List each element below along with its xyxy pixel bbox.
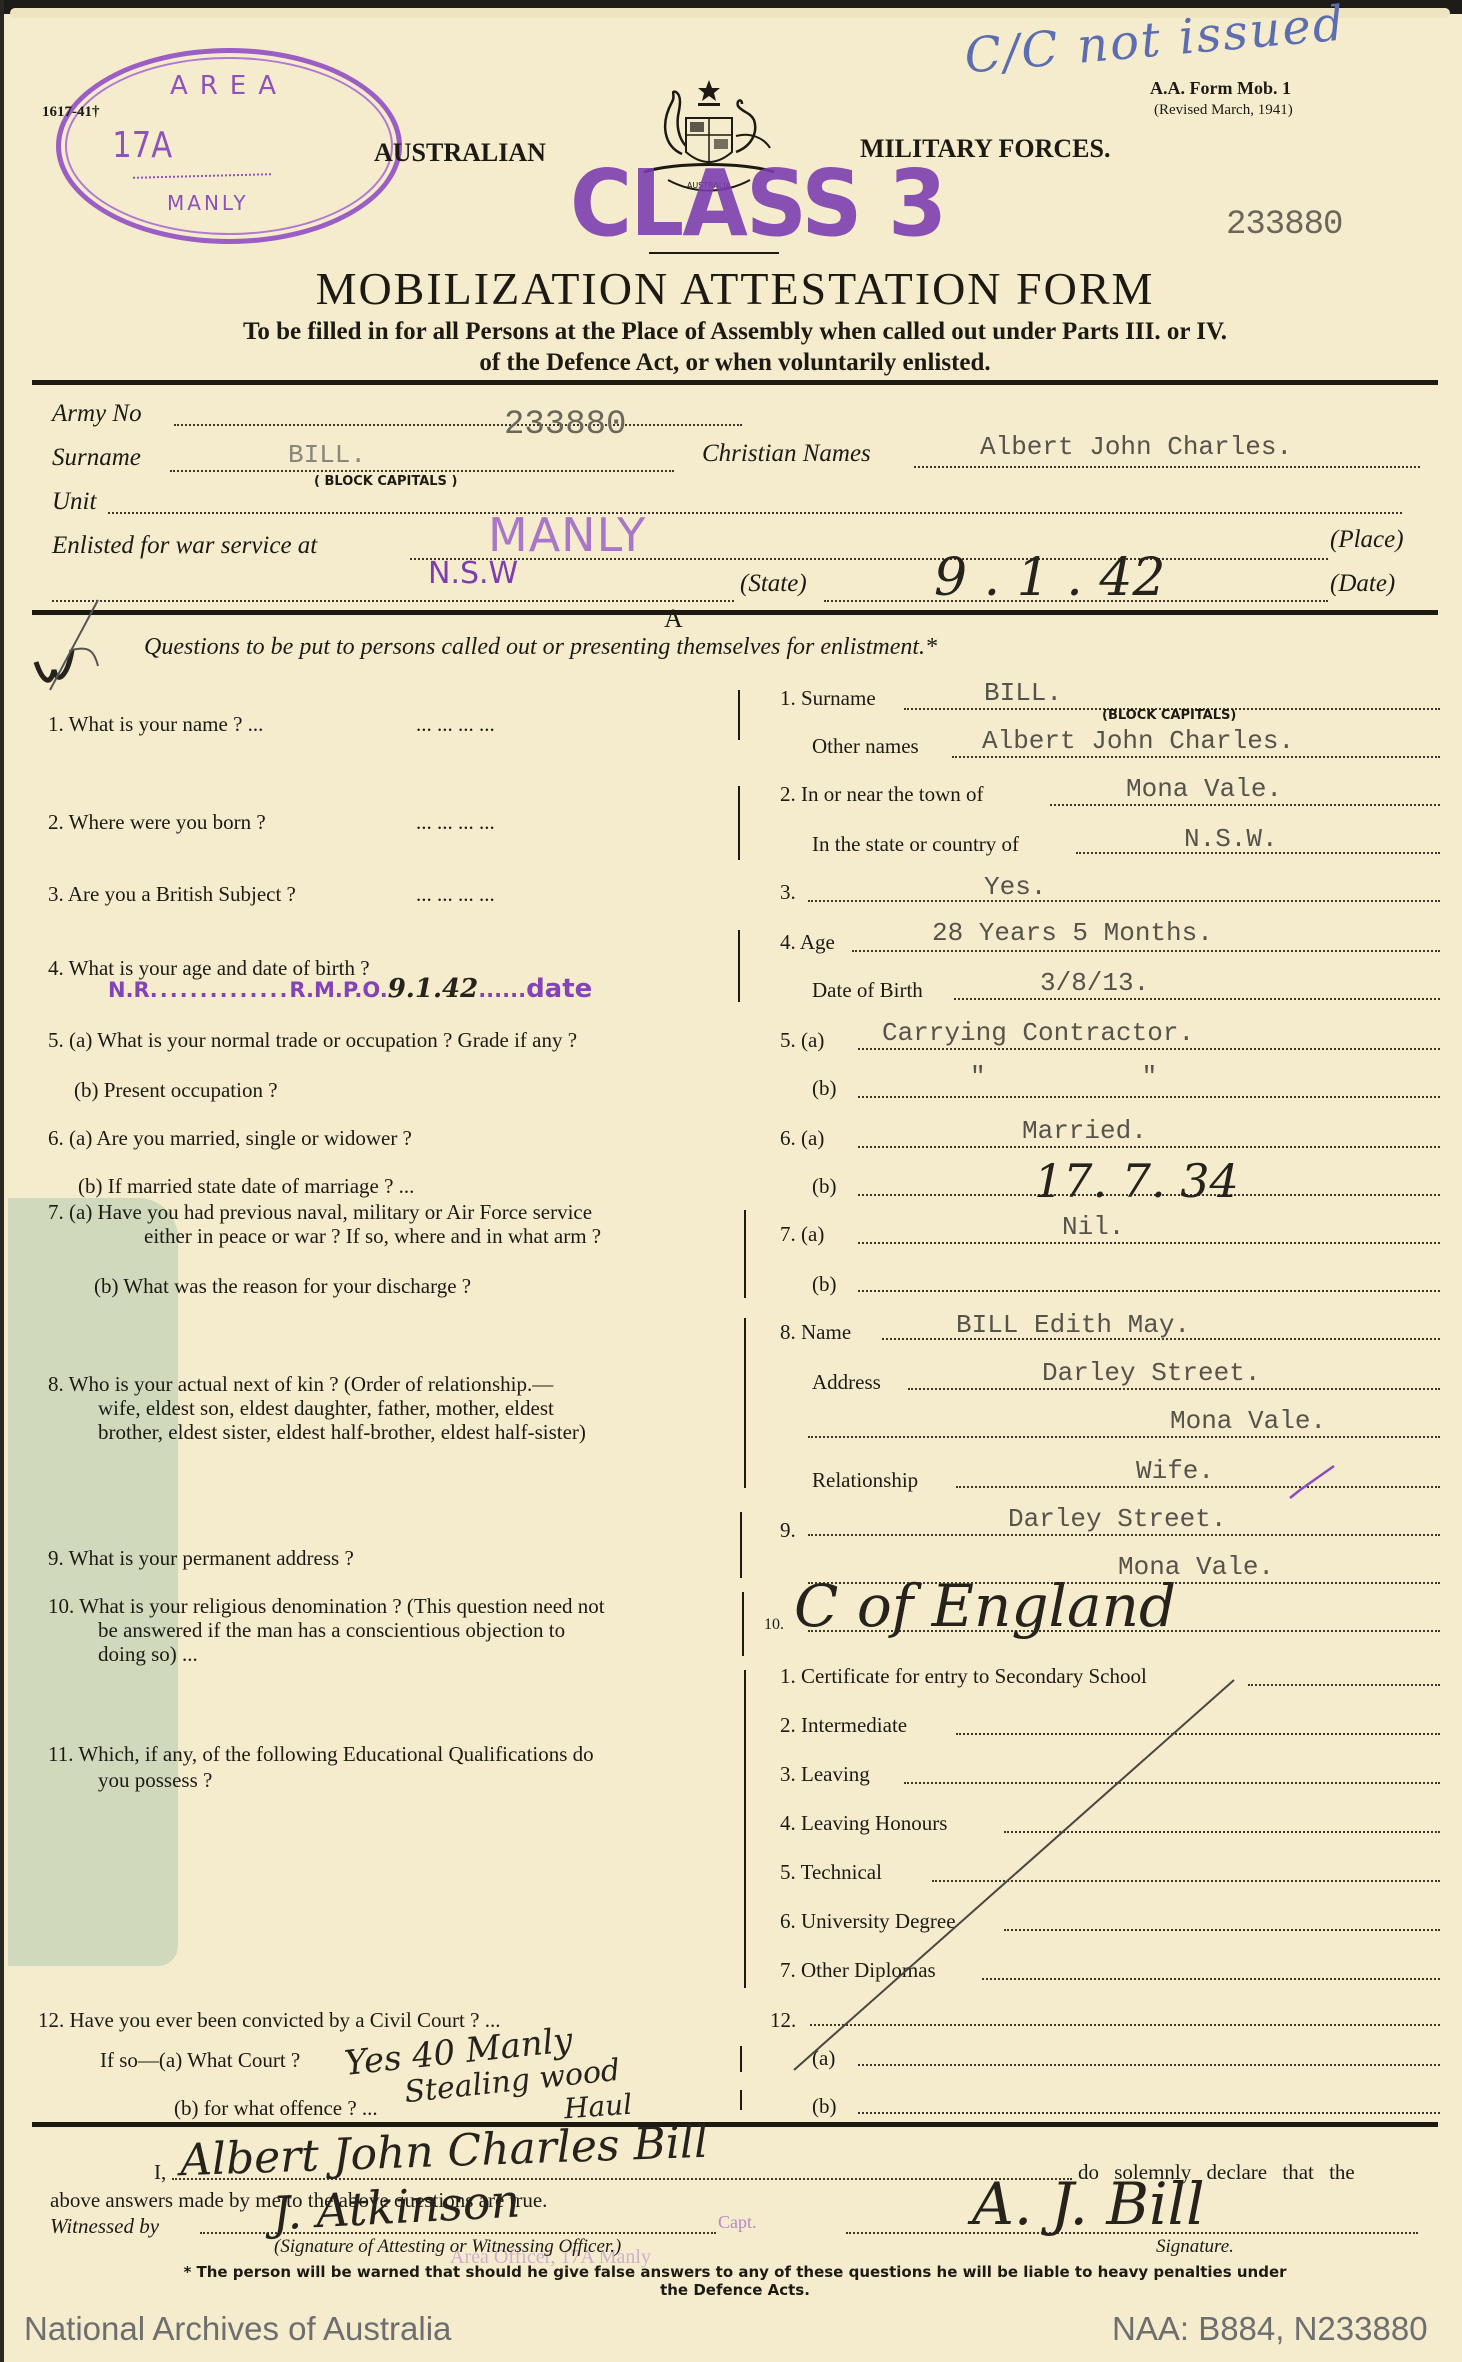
a1-surname-label: 1. Surname bbox=[780, 686, 876, 711]
brace-q1 bbox=[738, 690, 740, 740]
enlisted-label: Enlisted for war service at bbox=[52, 532, 317, 560]
a9-label: 9. bbox=[780, 1518, 796, 1543]
brace-q9 bbox=[740, 1512, 742, 1578]
state-label: (State) bbox=[740, 570, 807, 598]
a5b-line bbox=[858, 1096, 1440, 1098]
q2-dots: ... ... ... ... bbox=[416, 810, 495, 835]
rmpo-stamp: N.R..............R.M.P.O.9.1.42......dat… bbox=[108, 974, 592, 1004]
brace-q12b bbox=[740, 2090, 742, 2110]
attesting-caption: (Signature of Attesting or Witnessing Of… bbox=[274, 2236, 621, 2258]
enlist-date-handwritten: 9 . 1 . 42 bbox=[934, 548, 1166, 608]
a8-name-value: BILL Edith May. bbox=[956, 1310, 1190, 1340]
a2-town-line bbox=[1050, 804, 1440, 806]
a9-line-1 bbox=[808, 1534, 1440, 1536]
state-line bbox=[52, 600, 734, 602]
q7b-text: (b) What was the reason for your dischar… bbox=[94, 1274, 471, 1299]
brace-q8 bbox=[744, 1318, 746, 1488]
declarant-name-handwritten: Albert John Charles Bill bbox=[179, 2117, 709, 2186]
a4-dob-value: 3/8/13. bbox=[1040, 968, 1149, 998]
a1-other-line bbox=[952, 756, 1440, 758]
a12b-line bbox=[858, 2112, 1440, 2114]
block-capitals-note: ( BLOCK CAPITALS ) bbox=[314, 474, 457, 489]
q7a-line1: 7. (a) Have you had previous naval, mili… bbox=[48, 1200, 592, 1225]
q6b-text: (b) If married state date of marriage ? … bbox=[78, 1174, 414, 1199]
brace-q10 bbox=[742, 1592, 744, 1656]
a3-label: 3. bbox=[780, 880, 796, 905]
capt-stamp: Capt. bbox=[718, 2212, 757, 2233]
a3-line bbox=[808, 900, 1440, 902]
form-subtitle: To be filled in for all Persons at the P… bbox=[4, 316, 1462, 378]
q12-text: 12. Have you ever been convicted by a Ci… bbox=[38, 2008, 500, 2033]
rule-section-a bbox=[32, 610, 1438, 615]
q3-text: 3. Are you a British Subject ? bbox=[48, 882, 296, 907]
q10-line3: doing so) ... bbox=[98, 1642, 198, 1667]
a8-address-line-1 bbox=[908, 1388, 1440, 1390]
q10-line2: be answered if the man has a conscientio… bbox=[98, 1618, 565, 1643]
surname-line bbox=[170, 470, 674, 472]
surname-label: Surname bbox=[52, 444, 141, 472]
section-a-letter: A bbox=[664, 604, 683, 634]
a7b-label: (b) bbox=[812, 1272, 837, 1297]
q6a-text: 6. (a) Are you married, single or widowe… bbox=[48, 1126, 412, 1151]
brace-q7 bbox=[744, 1210, 746, 1298]
q2-text: 2. Where were you born ? bbox=[48, 810, 266, 835]
a8-address-1: Darley Street. bbox=[1042, 1358, 1260, 1388]
registration-number: 233880 bbox=[1226, 206, 1342, 244]
a5a-line bbox=[858, 1048, 1440, 1050]
a9-address-1: Darley Street. bbox=[1008, 1504, 1226, 1534]
a1-other-label: Other names bbox=[812, 734, 919, 759]
q8-line1: 8. Who is your actual next of kin ? (Ord… bbox=[48, 1372, 553, 1397]
declarant-signature: A. J. Bill bbox=[972, 2170, 1205, 2238]
a6b-marriage-date: 17. 7. 34 bbox=[1034, 1154, 1239, 1208]
a8-relationship-label: Relationship bbox=[812, 1468, 918, 1493]
army-no-label: Army No bbox=[52, 400, 142, 428]
a2-state-value: N.S.W. bbox=[1184, 824, 1278, 854]
brace-q2 bbox=[738, 786, 740, 860]
brace-q11 bbox=[744, 1670, 746, 1988]
area-stamp-place: MANLY bbox=[167, 191, 249, 215]
a8-address-2: Mona Vale. bbox=[1170, 1406, 1326, 1436]
unit-label: Unit bbox=[52, 488, 96, 516]
christian-names-line bbox=[914, 466, 1420, 468]
q1-text: 1. What is your name ? ... bbox=[48, 712, 263, 737]
a4-age-label: 4. Age bbox=[780, 930, 835, 955]
a5b-label: (b) bbox=[812, 1076, 837, 1101]
a4-age-line bbox=[852, 950, 1440, 952]
brace-q12a bbox=[740, 2046, 742, 2072]
q5a-text: 5. (a) What is your normal trade or occu… bbox=[48, 1028, 577, 1053]
crest-underline bbox=[649, 252, 779, 254]
rule-top bbox=[32, 380, 1438, 385]
a6a-line bbox=[858, 1146, 1440, 1148]
q3-dots: ... ... ... ... bbox=[416, 882, 495, 907]
q11-line1: 11. Which, if any, of the following Educ… bbox=[48, 1742, 594, 1767]
a3-value: Yes. bbox=[984, 872, 1046, 902]
a2-state-label: In the state or country of bbox=[812, 832, 1019, 857]
a10-religion-handwritten: C of England bbox=[794, 1572, 1176, 1640]
q10-line1: 10. What is your religious denomination … bbox=[48, 1594, 605, 1619]
header-australian: AUSTRALIAN bbox=[374, 138, 546, 168]
christian-names-label: Christian Names bbox=[702, 440, 871, 468]
a7a-line bbox=[858, 1242, 1440, 1244]
a8-address-label: Address bbox=[812, 1370, 881, 1395]
form-revision: (Revised March, 1941) bbox=[1154, 102, 1293, 119]
form-title: MOBILIZATION ATTESTATION FORM bbox=[4, 262, 1462, 315]
christian-names-value: Albert John Charles. bbox=[980, 432, 1292, 462]
purple-tick-icon bbox=[1288, 1462, 1338, 1502]
section-a-intro: Questions to be put to persons called ou… bbox=[144, 634, 937, 661]
a4-dob-line bbox=[954, 998, 1440, 1000]
q9-text: 9. What is your permanent address ? bbox=[48, 1546, 354, 1571]
rmpo-hand-date: 9.1.42 bbox=[388, 974, 478, 1004]
rule-declaration bbox=[32, 2122, 1438, 2127]
a8-address-line-2 bbox=[808, 1436, 1440, 1438]
subtitle-line-2: of the Defence Act, or when voluntarily … bbox=[4, 347, 1462, 378]
subtitle-line-1: To be filled in for all Persons at the P… bbox=[4, 316, 1462, 347]
area-stamp: AREA 17A MANLY bbox=[56, 48, 402, 244]
a4-dob-label: Date of Birth bbox=[812, 978, 923, 1003]
a5b-value: " " bbox=[970, 1062, 1157, 1092]
a8-relationship-value: Wife. bbox=[1136, 1456, 1214, 1486]
declaration-i: I, bbox=[154, 2160, 166, 2185]
a8-relationship-line bbox=[956, 1486, 1440, 1488]
strike-through-line bbox=[764, 1640, 1284, 2080]
army-no-line bbox=[174, 424, 742, 426]
a1-block-capitals: (BLOCK CAPITALS) bbox=[1102, 708, 1236, 723]
a6a-value: Married. bbox=[1022, 1116, 1147, 1146]
a10-label: 10. bbox=[764, 1616, 784, 1634]
paper-stain bbox=[8, 1198, 178, 1966]
q12b-text: (b) for what offence ? ... bbox=[174, 2096, 378, 2121]
a1-surname-value: BILL. bbox=[984, 678, 1062, 708]
rmpo-middle: R.M.P.O. bbox=[289, 978, 387, 1002]
witness-signature: J. Atkinson bbox=[271, 2174, 522, 2241]
q5b-text: (b) Present occupation ? bbox=[74, 1078, 278, 1103]
a6b-label: (b) bbox=[812, 1174, 837, 1199]
margin-initials-icon bbox=[28, 590, 108, 700]
rmpo-date-label: date bbox=[526, 974, 592, 1004]
a8-name-label: 8. Name bbox=[780, 1320, 851, 1345]
place-stamp: MANLY bbox=[488, 508, 646, 562]
a7a-value: Nil. bbox=[1062, 1212, 1124, 1242]
area-stamp-title: AREA bbox=[61, 71, 397, 101]
form-id: A.A. Form Mob. 1 bbox=[1150, 78, 1291, 99]
state-stamp: N.S.W bbox=[428, 556, 518, 591]
a6a-label: 6. (a) bbox=[780, 1126, 824, 1151]
a5a-value: Carrying Contractor. bbox=[882, 1018, 1194, 1048]
archive-name: National Archives of Australia bbox=[24, 2310, 451, 2348]
q12a-text: If so—(a) What Court ? bbox=[100, 2048, 300, 2073]
warning-footnote: * The person will be warned that should … bbox=[4, 2263, 1462, 2299]
a2-town-label: 2. In or near the town of bbox=[780, 782, 984, 807]
a5a-label: 5. (a) bbox=[780, 1028, 824, 1053]
army-no-value: 233880 bbox=[504, 406, 626, 444]
signature-caption: Signature. bbox=[1156, 2236, 1234, 2258]
a12b-label: (b) bbox=[812, 2094, 837, 2119]
q7a-line2: either in peace or war ? If so, where an… bbox=[144, 1224, 601, 1249]
class-stamp: CLASS 3 bbox=[570, 150, 945, 257]
attestation-form-page: AREA 17A MANLY 1617-41† AUSTRALIAN MILIT… bbox=[0, 0, 1462, 2362]
area-stamp-rule bbox=[133, 173, 271, 179]
q1-dots: ... ... ... ... bbox=[416, 712, 495, 737]
a7b-line bbox=[858, 1290, 1440, 1292]
date-label: (Date) bbox=[1330, 570, 1395, 598]
q8-line3: brother, eldest sister, eldest half-brot… bbox=[98, 1420, 586, 1445]
brace-q4 bbox=[738, 930, 740, 1002]
archive-reference: NAA: B884, N233880 bbox=[1112, 2310, 1428, 2348]
unit-line bbox=[108, 512, 1402, 514]
q8-line2: wife, eldest son, eldest daughter, fathe… bbox=[98, 1396, 554, 1421]
witnessed-label: Witnessed by bbox=[50, 2214, 159, 2239]
surname-value: BILL. bbox=[288, 440, 366, 470]
a1-other-value: Albert John Charles. bbox=[982, 726, 1294, 756]
area-stamp-code: 17A bbox=[112, 125, 172, 166]
rmpo-prefix: N.R bbox=[108, 978, 150, 1002]
place-label: (Place) bbox=[1330, 526, 1404, 554]
q11-line2: you possess ? bbox=[98, 1768, 212, 1793]
warning-line-1: * The person will be warned that should … bbox=[4, 2263, 1462, 2281]
a7a-label: 7. (a) bbox=[780, 1222, 824, 1247]
warning-line-2: the Defence Acts. bbox=[4, 2281, 1462, 2299]
a2-town-value: Mona Vale. bbox=[1126, 774, 1282, 804]
a4-age-value: 28 Years 5 Months. bbox=[932, 918, 1213, 948]
form-code: 1617-41† bbox=[42, 104, 100, 121]
